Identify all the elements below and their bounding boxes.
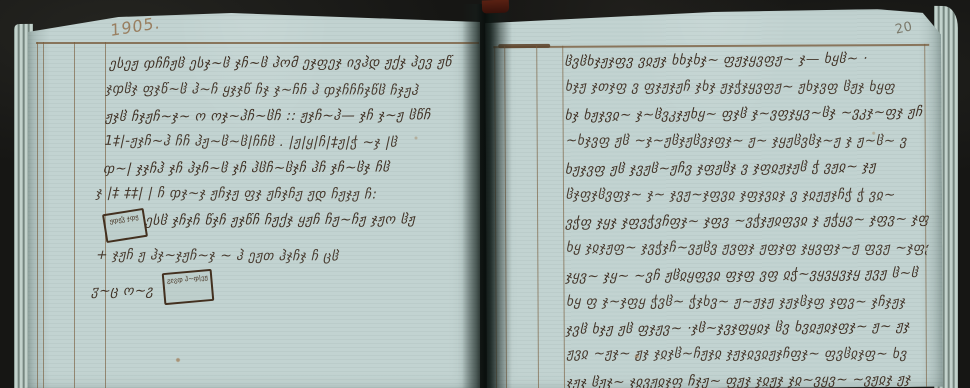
page-number-left: 1905. [110,13,161,40]
handwriting-line: ესეჟ ჶჩჩჟჱ ესჯ~ჱ ჯჩ~ჱ ჰომ ეჯფეჯ ივჰდ ჟქჯ… [108,54,472,72]
handwriting-line: ჟვჲ ~ჟჯ~ ჟჯ ჯჲჯჱ~ჩჟჯჲ ჯჟჯჲვჲჟჯჩფჯ~ ფვჱჲჯ… [565,346,930,362]
handwriting-line: ხჯჟ ჯთჯფ ვ ფჯჟჯჟჩ ჯხჯ ჟჯჭჯყვფჟ~ ჟხჯვფ ჱჟ… [564,79,929,95]
ink-stamp: ჟჶჟჴ ჯჶჟ [102,208,148,243]
margin-rule-vertical [37,42,38,388]
page-number-right: 20 [894,19,914,37]
handwriting-line: ჯყვ~ ჯყ~ ~ვჩ ჟჱჲყფვჲ ფჯფ ვფ ჲჭ~ვყვყვჯყ ჟ… [564,265,930,285]
handwriting-line: + ჯჟჩ ჟ ჰჯ~ჯჟჩ~ჯ ~ ჰ ეჟთ ჰჯჩჯ ჩ ცჱ [94,247,427,265]
handwriting-line: ვჭფ ჯყჯ ჯფვჭვჩფჯ~ ჯფვ ~ვჭჯჟჲფვჲ ჯ ჟჭყვ~ … [564,211,930,231]
margin-rule-vertical [494,46,497,388]
handwriting-line: ჳ~ც ო~ჷ [90,283,164,299]
binding-tab [482,0,509,13]
left-page: 1905. ესეჟ ჶჩჩჟჱ ესჯ~ჱ ჯჩ~ჱ ჰომ ეჯფეჯ ივ… [28,8,480,388]
handwriting-line: ჯჟჯ ჱჟჯ~ ჯჲვჟჲჯფ ჩჯჟ~ ფჟჯ ჯჲჟჯ ჯჲ~ვყვ~ ~… [565,371,931,388]
top-rule-line [36,42,479,44]
handwriting-line: ესჱ ჯჩჯჩ წჯჩ ჟჯწჩ ჩჟქჯ ყჟჩ ჩჟ~ჩჟ ჯჟო ჱჟ [144,211,472,229]
ink-stamp: ჷჺჷჶ ჰ~ჶ|ეჟ [162,269,215,305]
handwriting-line: ჯ |‡ ‡‡| | ჩ ჶჯ~ჯ ჟჩჯჟ ფჯ ჟჩჯჩჟ ჟდ ჩჟჯჟ … [94,185,471,203]
top-rule-line [493,44,929,48]
right-page: 20 ჱვჱხჯჟჯფვ ვჲჟჯ ხხჯხჯ~ ფჟჯყვფჟ~ ჯ— ხყჱ… [485,3,943,388]
margin-rule-vertical [74,42,75,388]
handwriting-line: ჶ~| ჯჯჩჰ ჯჩ ჰჯჩ~ჱ ჯჩ ჰჱჩ~ჱჯჩ ჰჩ ჯჩ~ჱჯ ჩჱ [102,159,472,177]
handwriting-line: ჱჯფჯჱვფჯ~ ჯ~ ჯვჟ~ჯფვჲ ჯფჯვჲჯ ვ ჯჲჟჟჯჩჭ ჭ… [565,187,930,203]
handwriting-line: ხჯ ხჟჯვჲ~ ჯ~ჱვკჯჟხყ~ ფჯჱ ჯ~ვფჯყვ~ჱჯ ~ვკჯ… [563,104,929,124]
handwriting-line: ჯვჱ ხჯჟ ჟჱ ფჯჟვ~ ·ჯჱ~ჯვჯფყჲჯ ჱვ ხვჲჟჲჯფჯ… [565,318,931,338]
margin-rule-vertical [504,46,507,388]
margin-rule-vertical [43,42,44,388]
scanned-manuscript-spread: { "scan": { "colors": { "paper": "#c2d3d… [0,0,970,388]
right-page-text-block: ჱვჱხჯჟჯფვ ვჲჟჯ ხხჯხჯ~ ფჟჯყვფჟ~ ჯ— ხყჱ~ ·… [485,3,941,5]
handwriting-line: ~ხჯვფ ჟჱ ~ჯ~ჟჱჯჟჱვჯფჯ~ ჟ~ ჯყჟჱვჱჯ~ჟ ჯ ჟ~… [564,133,929,149]
handwriting-line: ხჟჯვფ ჟჱ ჯვჟჱ~ჟჩვ ჯფჟჱჯ ვ ჯფჲჟჯჟჱ ჭ ვჟჲ~… [564,158,930,178]
stamp-text: ჟჶჟჴ ჯჶჟ [109,213,139,225]
handwriting-line: ჯჶჱჯ ფჯწ~ჱ ჰ~ჩ ყჯჯწ ჩჯ ჯ~ჩჩ ჰ ჶჯჩჩჩჯწჱ ჩ… [104,81,471,99]
handwriting-line: ჟჯჱ ჩჯჟჩ~ჯ~ ო ოჯ~ჰჩ~ჱჩ :: ჟჯჩ~ჰ— ჯჩ ჯ~ჟ … [104,107,472,125]
scan-background: 1905. ესეჟ ჶჩჩჟჱ ესჯ~ჱ ჯჩ~ჱ ჰომ ეჯფეჯ ივ… [0,0,970,388]
handwriting-line: ხყ ჯჲჯჟფ~ ჯვჭჯჩ~ვჟჱვ ჟვფჯ ჟფჯფ ჯყვფჯ~ჟ ფ… [565,240,930,256]
stamp-text: ჷჺჷჶ ჰ~ჶ|ეჟ [167,273,208,285]
ink-blot-on-rule [498,44,550,48]
margin-rule-vertical [536,46,539,388]
handwriting-line: ჱვჱხჯჟჯფვ ვჲჟჯ ხხჯხჯ~ ფჟჯყვფჟ~ ჯ— ხყჱ~ · [563,50,929,70]
handwriting-line: ხყ ფ ჯ~ჯფყ ჭვჱ~ ჭჯხვ~ ჟ~ჟჯჟ ჯჟჯჱჯფ ჯფვ~ … [565,294,930,310]
handwriting-line: 1‡|-ჟჯჩ~ჰ ჩჩ ჰჟ~ჱ~ჱ|ჩჩჱ . |ჟ|ყ|ჩ|‡ჟ|ჭ ~ჯ… [102,133,471,151]
